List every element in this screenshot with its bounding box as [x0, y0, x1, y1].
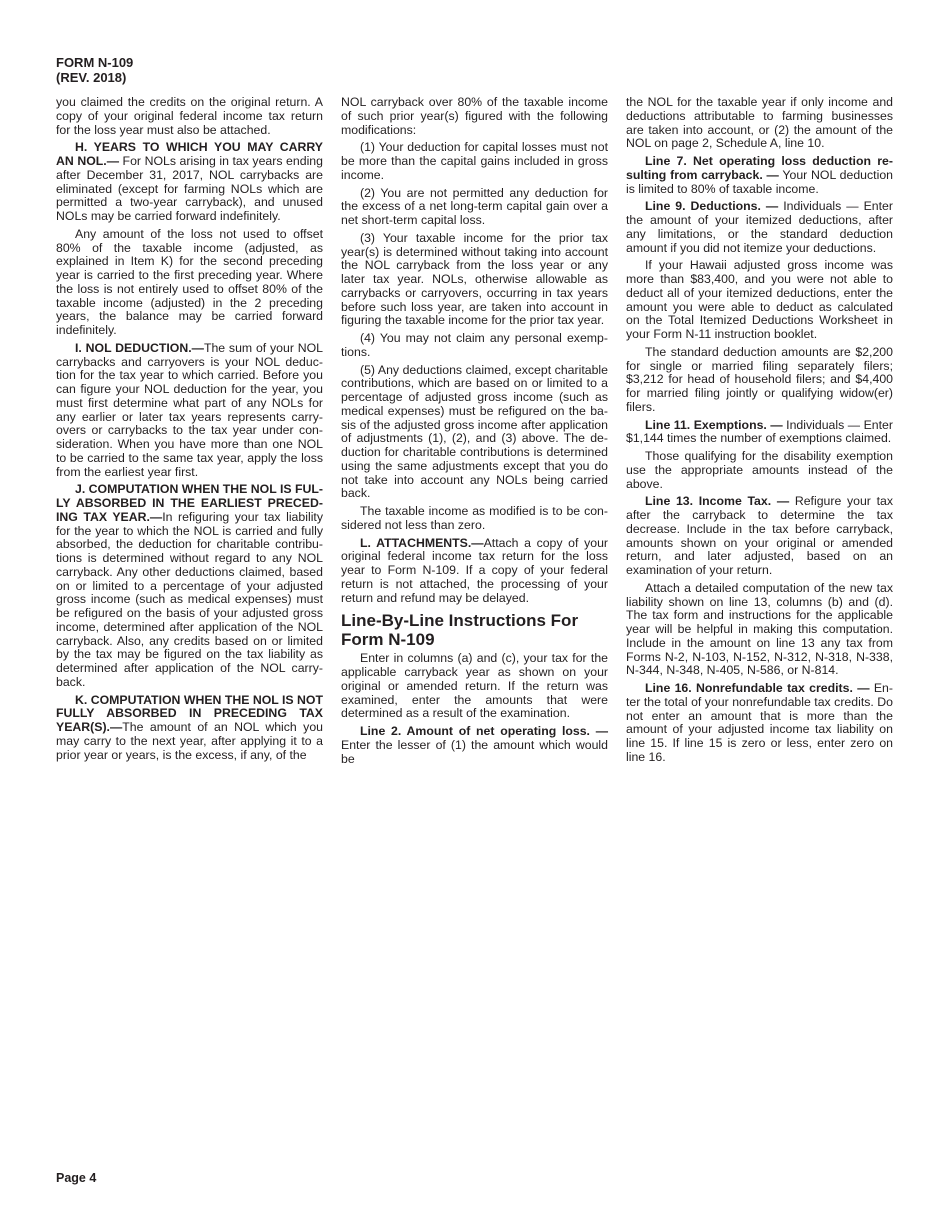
- line-2-heading: Line 2. Amount of net operating loss. —: [360, 724, 608, 738]
- section-j-text: In refiguring your tax liability for the…: [56, 510, 323, 689]
- paragraph: Attach a detailed computation of the new…: [626, 582, 893, 678]
- section-l: L. ATTACHMENTS.—Attach a copy of your or…: [341, 537, 608, 606]
- column-3: the NOL for the taxable year if only inc…: [626, 96, 893, 769]
- line-9-heading: Line 9. Deductions. —: [645, 199, 778, 213]
- section-i-text: The sum of your NOL carrybacks and carry…: [56, 341, 323, 479]
- section-l-heading: L. ATTACHMENTS.—: [360, 536, 484, 550]
- form-revision: (REV. 2018): [56, 70, 133, 85]
- modification-2: (2) You are not permitted any deduction …: [341, 187, 608, 228]
- paragraph: If your Hawaii adjusted gross income was…: [626, 259, 893, 342]
- paragraph: the NOL for the taxable year if only inc…: [626, 96, 893, 151]
- line-13-instructions: Line 13. Income Tax. — Refigure your tax…: [626, 495, 893, 578]
- line-by-line-heading: Line-By-Line Instructions For Form N-109: [341, 611, 608, 649]
- line-16-instructions: Line 16. Nonrefundable tax credits. — En…: [626, 682, 893, 765]
- paragraph: you claimed the credits on the original …: [56, 96, 323, 137]
- paragraph: Enter in columns (a) and (c), your tax f…: [341, 652, 608, 721]
- paragraph: Any amount of the loss not used to offse…: [56, 228, 323, 338]
- line-7-instructions: Line 7. Net operating loss deduction re­…: [626, 155, 893, 196]
- column-2: NOL carryback over 80% of the taxable in…: [341, 96, 608, 770]
- section-i: I. NOL DEDUCTION.—The sum of your NOL ca…: [56, 342, 323, 480]
- paragraph: The taxable income as modified is to be …: [341, 505, 608, 533]
- line-9-instructions: Line 9. Deductions. — Individuals — Ente…: [626, 200, 893, 255]
- line-2-instructions: Line 2. Amount of net operating loss. — …: [341, 725, 608, 766]
- modification-3: (3) Your taxable income for the prior ta…: [341, 232, 608, 328]
- line-11-heading: Line 11. Exemptions. —: [645, 418, 783, 432]
- section-k: K. COMPUTATION WHEN THE NOL IS NOT FULLY…: [56, 694, 323, 763]
- page-number: Page 4: [56, 1171, 96, 1185]
- section-i-heading: I. NOL DEDUCTION.—: [75, 341, 204, 355]
- modification-5: (5) Any deductions claimed, except chari…: [341, 364, 608, 502]
- form-name: FORM N-109: [56, 55, 133, 70]
- line-2-text: Enter the lesser of (1) the amount which…: [341, 738, 608, 766]
- modification-4: (4) You may not claim any personal exemp…: [341, 332, 608, 360]
- column-1: you claimed the credits on the original …: [56, 96, 323, 766]
- line-11-instructions: Line 11. Exemptions. — Individuals — Ent…: [626, 419, 893, 447]
- paragraph: NOL carryback over 80% of the taxable in…: [341, 96, 608, 137]
- section-h: H. YEARS TO WHICH YOU MAY CARRY AN NOL.—…: [56, 141, 323, 224]
- paragraph: The standard deduction amounts are $2,20…: [626, 346, 893, 415]
- section-j: J. COMPUTATION WHEN THE NOL IS FUL­LY AB…: [56, 483, 323, 689]
- paragraph: Those qualifying for the disability exem…: [626, 450, 893, 491]
- line-16-heading: Line 16. Nonrefundable tax credits. —: [645, 681, 870, 695]
- form-header: FORM N-109 (REV. 2018): [56, 55, 133, 85]
- line-13-heading: Line 13. Income Tax. —: [645, 494, 789, 508]
- modification-1: (1) Your deduction for capital losses mu…: [341, 141, 608, 182]
